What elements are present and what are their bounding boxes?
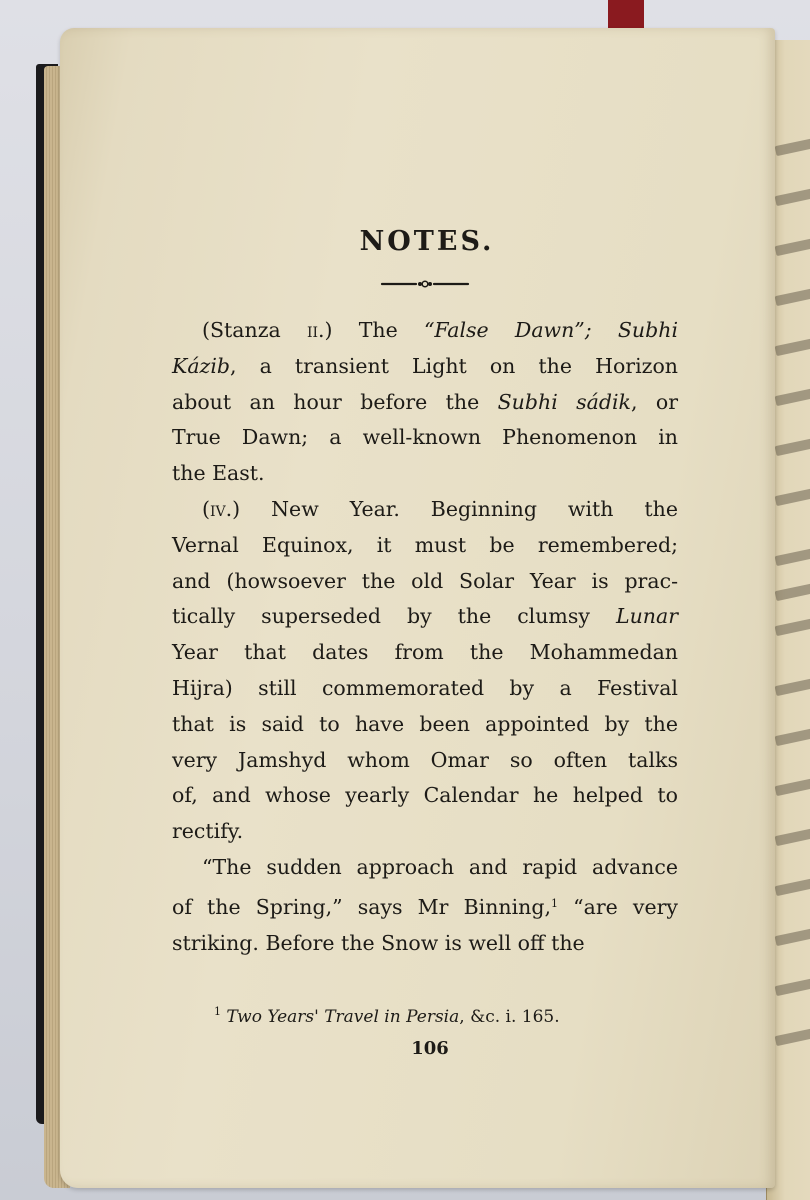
text-line: Kázib, a transient Light on the Horizon [172, 349, 678, 385]
text-line: of, and whose yearly Calendar he helped … [172, 778, 678, 814]
text-line: rectify. [172, 814, 678, 850]
note-paragraph: “The sudden approach and rapid advanceof… [172, 850, 678, 961]
page-number: 106 [400, 1038, 460, 1059]
note-paragraph: (Stanza ii.) The “False Dawn”; SubhiKázi… [172, 313, 678, 492]
text-line: of the Spring,” says Mr Binning,1 “are v… [172, 886, 678, 926]
text-line: and (howsoever the old Solar Year is pra… [172, 564, 678, 600]
page-content: NOTES. (Stanza ii.) The “False Dawn”; Su… [172, 226, 678, 961]
footnote: 1 Two Years' Travel in Persia, &c. i. 16… [214, 1005, 654, 1027]
page-title: NOTES. [172, 226, 678, 257]
text-line: (Stanza ii.) The “False Dawn”; Subhi [172, 313, 678, 349]
text-line: Hijra) still commemorated by a Festival [172, 671, 678, 707]
text-line: about an hour before the Subhi sádik, or [172, 385, 678, 421]
text-line: “The sudden approach and rapid advance [172, 850, 678, 886]
text-line: striking. Before the Snow is well off th… [172, 926, 678, 962]
note-paragraph: (iv.) New Year. Beginning with theVernal… [172, 492, 678, 850]
footnote-title: Two Years' Travel in Persia [226, 1007, 459, 1027]
ornament-divider-icon [172, 279, 678, 289]
text-line: the East. [172, 456, 678, 492]
text-line: (iv.) New Year. Beginning with the [172, 492, 678, 528]
footnote-marker: 1 [214, 1005, 221, 1018]
text-line: Year that dates from the Mohammedan [172, 635, 678, 671]
text-line: Vernal Equinox, it must be remembered; [172, 528, 678, 564]
text-line: that is said to have been appointed by t… [172, 707, 678, 743]
notes-body: (Stanza ii.) The “False Dawn”; SubhiKázi… [172, 313, 678, 961]
text-line: True Dawn; a well-known Phenomenon in [172, 420, 678, 456]
text-line: very Jamshyd whom Omar so often talks [172, 743, 678, 779]
text-line: tically superseded by the clumsy Lunar [172, 599, 678, 635]
footnote-citation: , &c. i. 165. [459, 1007, 559, 1027]
